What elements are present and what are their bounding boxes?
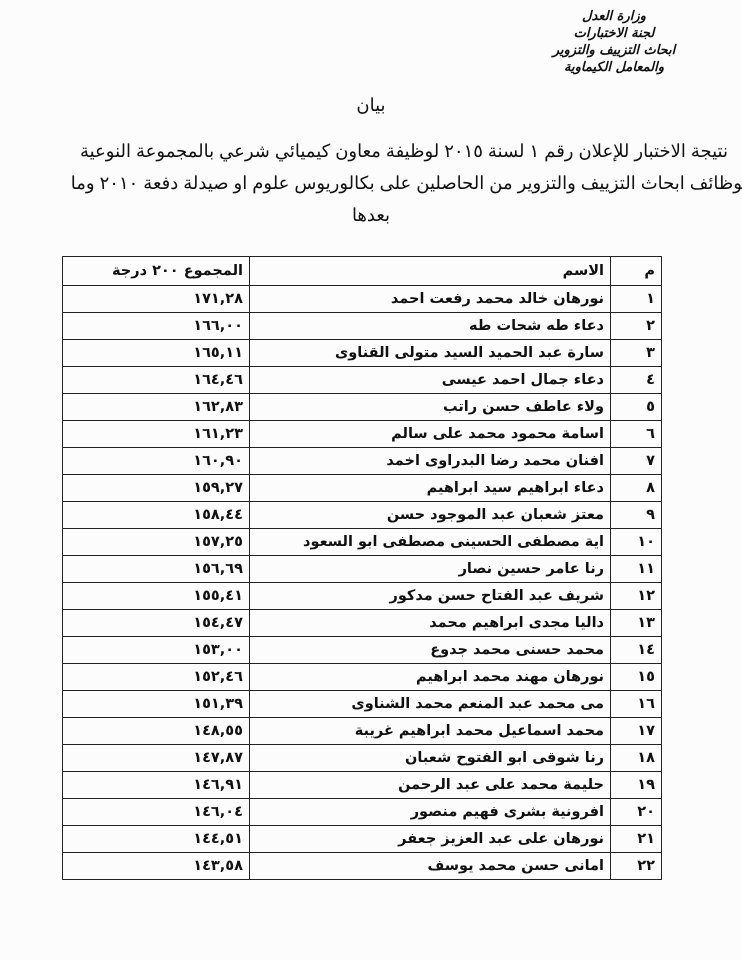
row-score: ١٤٣,٥٨	[63, 853, 250, 880]
row-num: ٩	[611, 502, 662, 529]
table-row: ١نورهان خالد محمد رفعت احمد١٧١,٢٨	[63, 286, 662, 313]
row-num: ١١	[611, 556, 662, 583]
intro-line-3: بعدها	[0, 199, 742, 231]
letterhead-committee: لجنة الاختبارات	[514, 25, 714, 42]
intro-line-1: نتيجة الاختبار للإعلان رقم ١ لسنة ٢٠١٥ ل…	[80, 135, 728, 167]
row-name: محمد حسنى محمد جدوع	[250, 637, 611, 664]
row-score: ١٥٤,٤٧	[63, 610, 250, 637]
row-score: ١٥٢,٤٦	[63, 664, 250, 691]
row-name: افنان محمد رضا البدراوى اخمد	[250, 448, 611, 475]
row-num: ٢٢	[611, 853, 662, 880]
row-num: ١٠	[611, 529, 662, 556]
table-row: ١٧محمد اسماعيل محمد ابراهيم غريبة١٤٨,٥٥	[63, 718, 662, 745]
row-num: ١	[611, 286, 662, 313]
table-row: ١٤محمد حسنى محمد جدوع١٥٣,٠٠	[63, 637, 662, 664]
table-row: ٣سارة عبد الحميد السيد متولى القناوى١٦٥,…	[63, 340, 662, 367]
row-num: ١٧	[611, 718, 662, 745]
row-name: دعاء جمال احمد عيسى	[250, 367, 611, 394]
table-row: ٥ولاء عاطف حسن راتب١٦٢,٨٣	[63, 394, 662, 421]
letterhead: وزارة العدل لجنة الاختبارات ابحاث التزيي…	[514, 8, 714, 76]
row-name: اية مصطفى الحسينى مصطفى ابو السعود	[250, 529, 611, 556]
row-name: داليا مجدى ابراهيم محمد	[250, 610, 611, 637]
row-name: محمد اسماعيل محمد ابراهيم غريبة	[250, 718, 611, 745]
row-score: ١٥٣,٠٠	[63, 637, 250, 664]
header-name: الاسم	[250, 257, 611, 286]
header-score: المجموع ٢٠٠ درجة	[63, 257, 250, 286]
row-name: نورهان على عبد العزيز جعفر	[250, 826, 611, 853]
table-row: ٢دعاء طه شحات طه١٦٦,٠٠	[63, 313, 662, 340]
table-row: ٦اسامة محمود محمد على سالم١٦١,٢٣	[63, 421, 662, 448]
row-score: ١٤٧,٨٧	[63, 745, 250, 772]
table-row: ١٥نورهان مهند محمد ابراهيم١٥٢,٤٦	[63, 664, 662, 691]
table-header-row: م الاسم المجموع ٢٠٠ درجة	[63, 257, 662, 286]
results-table: م الاسم المجموع ٢٠٠ درجة ١نورهان خالد مح…	[62, 256, 662, 880]
row-score: ١٤٦,٩١	[63, 772, 250, 799]
row-num: ١٣	[611, 610, 662, 637]
row-num: ١٨	[611, 745, 662, 772]
row-score: ١٦٦,٠٠	[63, 313, 250, 340]
row-num: ٧	[611, 448, 662, 475]
table-row: ٤دعاء جمال احمد عيسى١٦٤,٤٦	[63, 367, 662, 394]
table-row: ١٢شريف عبد الفتاح حسن مدكور١٥٥,٤١	[63, 583, 662, 610]
row-num: ٢	[611, 313, 662, 340]
row-score: ١٦٠,٩٠	[63, 448, 250, 475]
table-row: ١٣داليا مجدى ابراهيم محمد١٥٤,٤٧	[63, 610, 662, 637]
table-row: ١١رنا عامر حسين نصار١٥٦,٦٩	[63, 556, 662, 583]
row-num: ١٦	[611, 691, 662, 718]
letterhead-labs: والمعامل الكيماوية	[514, 59, 714, 76]
header-num: م	[611, 257, 662, 286]
table-row: ١٨رنا شوقى ابو الفتوح شعبان١٤٧,٨٧	[63, 745, 662, 772]
row-num: ١٤	[611, 637, 662, 664]
row-name: دعاء طه شحات طه	[250, 313, 611, 340]
table-row: ٢١نورهان على عبد العزيز جعفر١٤٤,٥١	[63, 826, 662, 853]
intro-line-2: لوظائف ابحاث التزييف والتزوير من الحاصلي…	[71, 167, 742, 199]
row-name: شريف عبد الفتاح حسن مدكور	[250, 583, 611, 610]
row-score: ١٥٥,٤١	[63, 583, 250, 610]
row-score: ١٥٨,٤٤	[63, 502, 250, 529]
row-score: ١٥١,٣٩	[63, 691, 250, 718]
row-name: رنا شوقى ابو الفتوح شعبان	[250, 745, 611, 772]
row-score: ١٦٤,٤٦	[63, 367, 250, 394]
letterhead-ministry: وزارة العدل	[514, 8, 714, 25]
row-num: ١٥	[611, 664, 662, 691]
row-num: ٢١	[611, 826, 662, 853]
row-num: ١٢	[611, 583, 662, 610]
row-num: ١٩	[611, 772, 662, 799]
row-name: نورهان خالد محمد رفعت احمد	[250, 286, 611, 313]
row-name: معتز شعبان عبد الموجود حسن	[250, 502, 611, 529]
document-title: بيان	[0, 95, 742, 116]
row-name: دعاء ابراهيم سيد ابراهيم	[250, 475, 611, 502]
table-row: ١٩حليمة محمد على عبد الرحمن١٤٦,٩١	[63, 772, 662, 799]
table-row: ١٠اية مصطفى الحسينى مصطفى ابو السعود١٥٧,…	[63, 529, 662, 556]
row-score: ١٥٧,٢٥	[63, 529, 250, 556]
table-row: ١٦مى محمد عبد المنعم محمد الشناوى١٥١,٣٩	[63, 691, 662, 718]
row-score: ١٦١,٢٣	[63, 421, 250, 448]
row-name: مى محمد عبد المنعم محمد الشناوى	[250, 691, 611, 718]
row-name: امانى حسن محمد يوسف	[250, 853, 611, 880]
row-score: ١٤٤,٥١	[63, 826, 250, 853]
row-name: حليمة محمد على عبد الرحمن	[250, 772, 611, 799]
row-score: ١٥٦,٦٩	[63, 556, 250, 583]
row-num: ٨	[611, 475, 662, 502]
row-num: ٤	[611, 367, 662, 394]
table-row: ٢٠افرونية بشرى فهيم منصور١٤٦,٠٤	[63, 799, 662, 826]
row-score: ١٤٦,٠٤	[63, 799, 250, 826]
row-score: ١٦٢,٨٣	[63, 394, 250, 421]
table-row: ٩معتز شعبان عبد الموجود حسن١٥٨,٤٤	[63, 502, 662, 529]
row-name: رنا عامر حسين نصار	[250, 556, 611, 583]
document-page: وزارة العدل لجنة الاختبارات ابحاث التزيي…	[0, 0, 742, 960]
row-score: ١٥٩,٢٧	[63, 475, 250, 502]
row-num: ٣	[611, 340, 662, 367]
row-num: ٦	[611, 421, 662, 448]
table-row: ٢٢امانى حسن محمد يوسف١٤٣,٥٨	[63, 853, 662, 880]
row-score: ١٧١,٢٨	[63, 286, 250, 313]
row-score: ١٤٨,٥٥	[63, 718, 250, 745]
row-name: افرونية بشرى فهيم منصور	[250, 799, 611, 826]
table-row: ٨دعاء ابراهيم سيد ابراهيم١٥٩,٢٧	[63, 475, 662, 502]
row-name: نورهان مهند محمد ابراهيم	[250, 664, 611, 691]
letterhead-department: ابحاث التزييف والتزوير	[514, 42, 714, 59]
row-name: اسامة محمود محمد على سالم	[250, 421, 611, 448]
row-name: سارة عبد الحميد السيد متولى القناوى	[250, 340, 611, 367]
row-name: ولاء عاطف حسن راتب	[250, 394, 611, 421]
table-row: ٧افنان محمد رضا البدراوى اخمد١٦٠,٩٠	[63, 448, 662, 475]
row-num: ٥	[611, 394, 662, 421]
row-num: ٢٠	[611, 799, 662, 826]
row-score: ١٦٥,١١	[63, 340, 250, 367]
